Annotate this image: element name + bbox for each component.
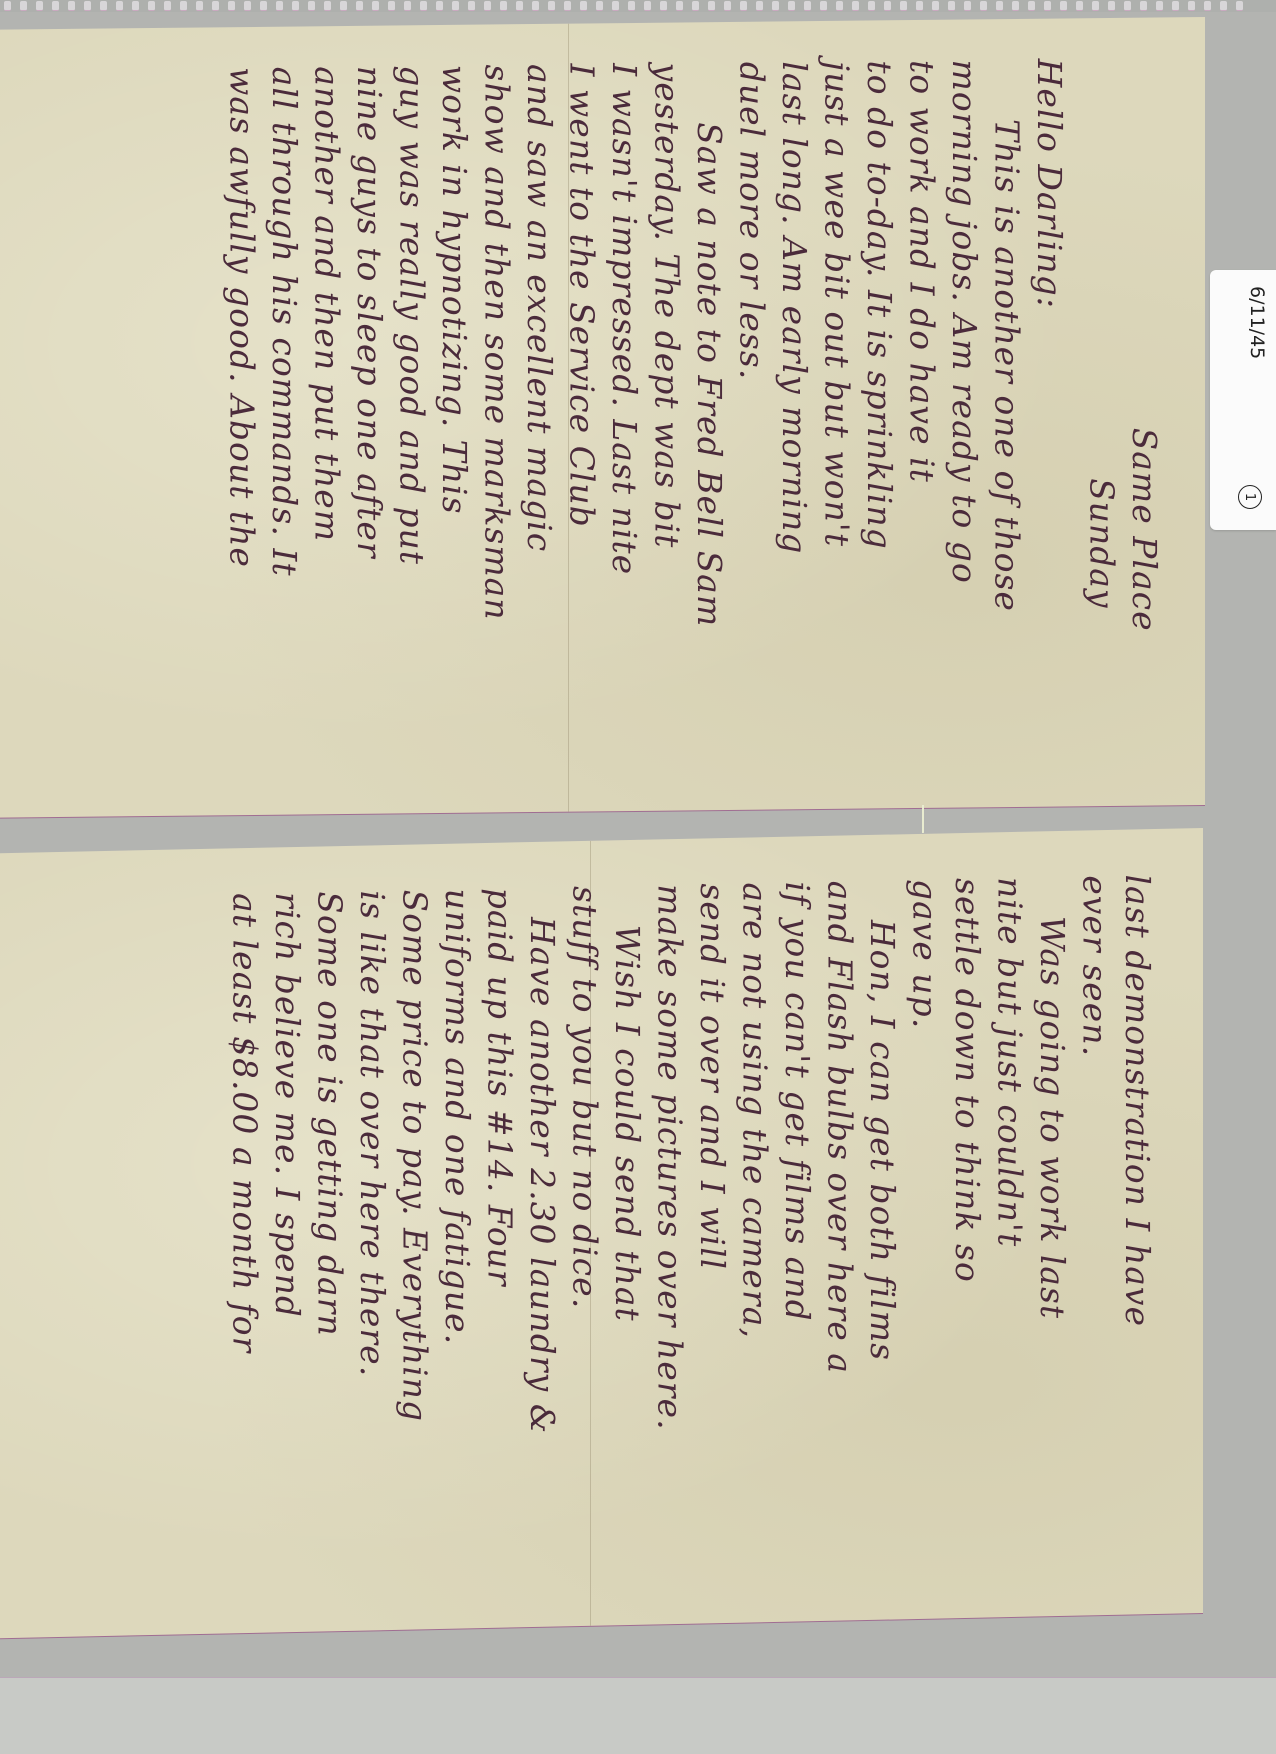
letter-line: Was going to work last — [1031, 876, 1074, 1617]
letter-line: work in hypnotizing. This — [433, 65, 476, 813]
letter-line: to do to-day. It is sprinkling — [858, 60, 901, 808]
archive-label-tab: 6/11/45 1 — [1210, 270, 1276, 530]
letter-line: are not using the camera, — [733, 882, 776, 1623]
letter-line: if you can't get films and — [776, 881, 819, 1622]
loose-thread — [922, 805, 927, 833]
letter-line: This is another one of those — [985, 59, 1028, 807]
sheet-protector-lower-area — [0, 1678, 1276, 1754]
letter-line: rich believe me. I spend — [266, 892, 309, 1633]
letter-line: all through his commands. It — [263, 66, 306, 814]
label-date: 6/11/45 — [1246, 286, 1268, 359]
letter-salutation: Hello Darling: — [1028, 58, 1071, 806]
letter-line: settle down to think so — [946, 878, 989, 1619]
letter-line: Some one is getting darn — [308, 891, 351, 1632]
letter-line: and Flash bulbs over here a — [818, 880, 861, 1621]
letter-line: I wasn't impressed. Last nite — [603, 63, 646, 811]
letter-line: uniforms and one fatigue. — [436, 888, 479, 1629]
letter-line: another and then put them — [305, 66, 348, 814]
letter-line: and saw an excellent magic — [518, 64, 561, 812]
letter-line: send it over and I will — [691, 883, 734, 1624]
letter-place: Same Place — [1123, 57, 1166, 805]
letter-line: duel more or less. — [730, 62, 773, 810]
sheet-protector-perforations — [0, 0, 1276, 12]
letter-line: at least $8.00 a month for — [223, 893, 266, 1634]
letter-line: last demonstration I have — [1116, 874, 1159, 1615]
letter-line: yesterday. The dept was bit — [645, 62, 688, 810]
letter-line: was awfully good. About the — [220, 67, 263, 815]
letter-line: is like that over here there. — [351, 890, 394, 1631]
letter-page-1: Same Place Sunday Hello Darling: This is… — [0, 17, 1205, 818]
letter-line: nite but just couldn't — [988, 877, 1031, 1618]
letter-page-2-text: last demonstration I have ever seen. Was… — [223, 828, 1203, 1634]
letter-line: Have another 2.30 laundry & — [521, 886, 564, 1627]
letter-line: ever seen. — [1073, 875, 1116, 1616]
letter-line: I went to the Service Club — [560, 63, 603, 811]
letter-line: show and then some marksman — [475, 64, 518, 812]
letter-page-1-text: Same Place Sunday Hello Darling: This is… — [220, 17, 1205, 815]
letter-line: last long. Am early morning — [773, 61, 816, 809]
letter-line: stuff to you but no dice. — [563, 886, 606, 1627]
letter-line: make some pictures over here. — [648, 884, 691, 1625]
letter-line: Saw a note to Fred Bell Sam — [688, 62, 731, 810]
letter-line: Some price to pay. Everything — [393, 889, 436, 1630]
letter-line: just a wee bit out but won't — [815, 61, 858, 809]
letter-line: paid up this #14. Four — [478, 887, 521, 1628]
letter-line: Hon, I can get both films — [861, 879, 904, 1620]
letter-page-2: last demonstration I have ever seen. Was… — [0, 828, 1203, 1638]
letter-line: guy was really good and put — [390, 65, 433, 813]
letter-line: Wish I could send that — [606, 885, 649, 1626]
letter-line: morning jobs. Am ready to go — [943, 59, 986, 807]
letter-day: Sunday — [1080, 58, 1123, 806]
letter-line: to work and I do have it — [900, 60, 943, 808]
letter-line: nine guys to sleep one after — [348, 66, 391, 814]
letter-line: gave up. — [903, 878, 946, 1619]
label-page-number: 1 — [1238, 485, 1262, 509]
